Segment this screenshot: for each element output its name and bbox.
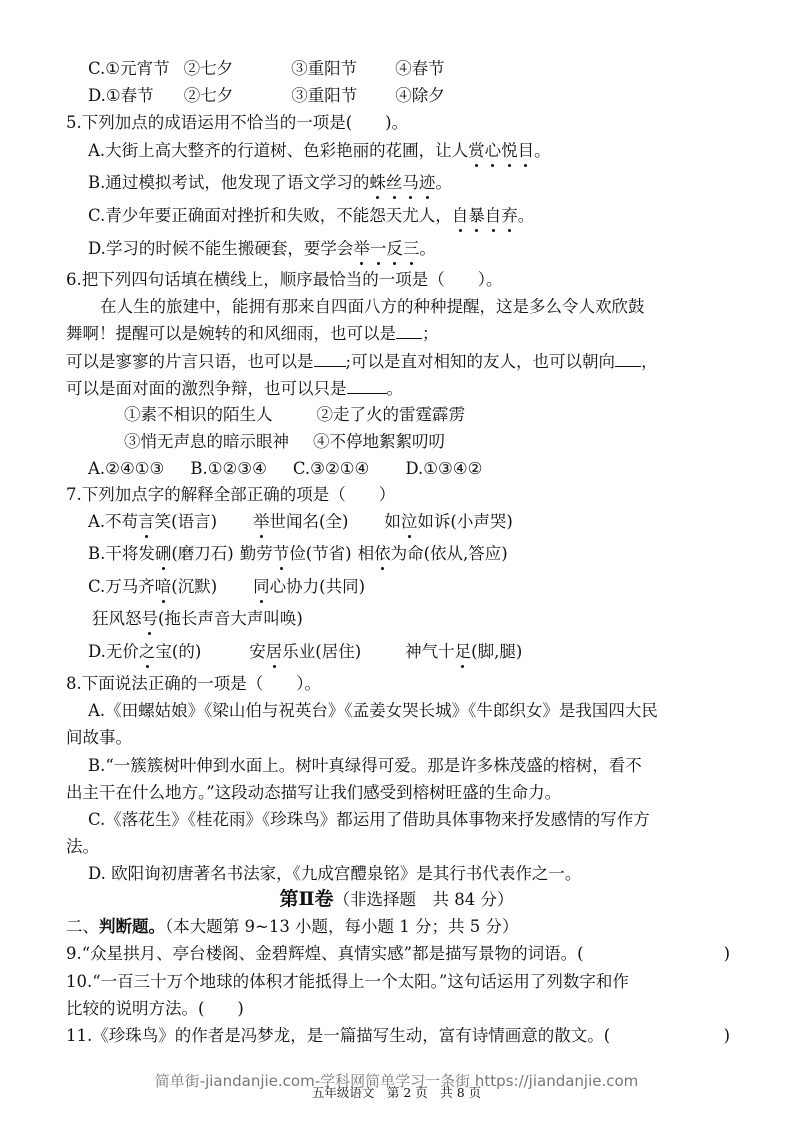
text: D.无价 xyxy=(88,642,139,661)
option-item: ②七夕 xyxy=(184,59,234,78)
q11: 11.《珍珠鸟》的作者是冯梦龙，是一篇描写生动，富有诗情画意的散文。() xyxy=(66,1025,730,1047)
dotted-char: 一 xyxy=(370,238,387,260)
option-item: ②七夕 xyxy=(184,86,234,105)
dotted-char: 号 xyxy=(142,608,159,630)
q5-option-b: B.通过模拟考试，他发现了语文学习的蛛丝马迹。 xyxy=(88,172,452,194)
option-item: ④春节 xyxy=(395,59,445,78)
text: 俭(节省) xyxy=(289,544,351,563)
dotted-char: 自 xyxy=(452,205,469,227)
option-text: 。 xyxy=(518,206,535,225)
dotted-char: 言 xyxy=(138,511,155,533)
dotted-char: 弃 xyxy=(501,205,518,227)
fill-blank xyxy=(314,351,346,367)
dotted-idiom: 举一反三 xyxy=(353,239,419,258)
part-number: 二、 xyxy=(66,917,99,936)
dotted-char: 迹 xyxy=(419,172,436,194)
part-title: 判断题。 xyxy=(99,917,165,936)
q6-stem: 6.把下列四句话填在横线上，顺序最恰当的一项是（ ）。 xyxy=(66,269,503,291)
dotted-char: 丝 xyxy=(386,172,403,194)
text: 笑(语言) xyxy=(155,512,217,531)
dotted-idiom: 自暴自弃 xyxy=(452,206,518,225)
q8-option-c: C.《落花生》《桂花雨》《珍珠鸟》都运用了借助具体事物来抒发感情的写作方 xyxy=(88,809,650,831)
dotted-char: 悦 xyxy=(501,140,518,162)
option-text: 。 xyxy=(534,141,551,160)
dotted-char: 之 xyxy=(139,641,156,663)
passage-text: 。 xyxy=(387,379,404,398)
dotted-char: 举 xyxy=(353,238,370,260)
option-text: B.通过模拟考试，他发现了语文学习的 xyxy=(88,173,369,192)
dotted-char: 泣 xyxy=(401,511,418,533)
sentence-choice: ①素不相识的陌生人 xyxy=(124,405,273,424)
option-item: ④除夕 xyxy=(395,86,445,105)
dotted-char: 反 xyxy=(386,238,403,260)
passage-text: 舞啊！提醒可以是婉转的和风细雨，也可以是 xyxy=(66,324,396,343)
text: 如诉(小声哭) xyxy=(417,512,512,531)
q8-stem: 8.下面说法正确的一项是（ ）。 xyxy=(66,673,321,695)
q7-option-b: B.干将发硎(磨刀石)勤劳节俭(节省)相依为命(依从,答应) xyxy=(88,543,508,565)
text: (沉默) xyxy=(171,577,217,596)
passage-text: 可以是面对面的激烈争辩，也可以只是 xyxy=(66,379,347,398)
dotted-char: 举 xyxy=(253,511,270,533)
dotted-char: 三 xyxy=(403,238,420,260)
passage-text: 可以是寥寥的片言只语，也可以是 xyxy=(66,352,314,371)
option-item: ①元宵节 xyxy=(105,59,169,78)
q4-option-d: D.①春节②七夕③重阳节④除夕 xyxy=(88,85,445,107)
dotted-char: 硎 xyxy=(155,543,172,565)
fill-blank xyxy=(347,378,387,394)
passage-text: ； xyxy=(422,324,439,343)
text: 世闻名(全) xyxy=(270,512,349,531)
q5-stem: 5.下列加点的成语运用不恰当的一项是( )。 xyxy=(66,112,408,134)
part-note: （本大题第 9~13 小题，每小题 1 分；共 5 分） xyxy=(165,917,519,936)
text: 乐业(居住) xyxy=(282,642,361,661)
q8-option-c-cont: 法。 xyxy=(66,836,99,858)
fill-blank xyxy=(396,323,422,339)
sentence-choice: ②走了火的雷霆霹雳 xyxy=(317,405,466,424)
text: 神气十 xyxy=(405,642,455,661)
q4-option-c: C.①元宵节②七夕③重阳节④春节 xyxy=(88,58,445,80)
option-label: C. xyxy=(88,59,105,78)
dotted-char: 同 xyxy=(253,576,270,598)
dotted-char: 节 xyxy=(273,543,290,565)
option-item: B.①②③④ xyxy=(190,459,267,478)
text: (磨刀石) xyxy=(171,544,233,563)
option-text: C.青少年要正确面对挫折和失败，不能怨天尤人， xyxy=(88,206,452,225)
q5-option-a: A.大街上高大整齐的行道树、色彩艳丽的花圃，让人赏心悦目。 xyxy=(88,140,551,162)
text: 狂风怒 xyxy=(92,609,142,628)
q7-option-c-cont: 狂风怒号(拖长声音大声叫唤) xyxy=(92,608,303,630)
passage-text: ;可以是直对相知的友人，也可以朝向 xyxy=(346,352,616,371)
q8-option-b-cont: 出主干在什么地方。”这段动态描写让我们感受到榕树旺盛的生命力。 xyxy=(66,782,561,804)
q7-option-d: D.无价之宝(的)安居乐业(居住)神气十足(脚,腿) xyxy=(88,641,522,663)
dotted-char: 心 xyxy=(485,140,502,162)
option-item: D.①③④② xyxy=(405,459,482,478)
q5-option-d: D.学习的时候不能生搬硬套，要学会举一反三。 xyxy=(88,238,436,260)
dotted-char: 居 xyxy=(266,641,283,663)
q7-option-c: C.万马齐喑(沉默)同心协力(共同) xyxy=(88,576,365,598)
text: A.不苟 xyxy=(88,512,138,531)
section-subtitle: （非选择题 共 84 分） xyxy=(334,890,514,909)
dotted-char: 依 xyxy=(374,543,391,565)
text: 为命(依从,答应) xyxy=(391,544,508,563)
question-text: 9.“众星拱月、亭台楼阁、金碧辉煌、真情实感”都是描写景物的词语。( xyxy=(66,944,584,963)
text: (脚,腿) xyxy=(471,642,522,661)
text: (拖长声音大声叫唤) xyxy=(158,609,303,628)
q8-option-b: B.“一簇簇树叶伸到水面上。树叶真绿得可爱。那是许多株茂盛的榕树，看不 xyxy=(88,755,642,777)
dotted-idiom: 蛛丝马迹 xyxy=(369,173,435,192)
option-item: A.②④①③ xyxy=(88,459,164,478)
section-title: 第Ⅱ卷（非选择题 共 84 分） xyxy=(0,888,793,911)
dotted-char: 暴 xyxy=(468,205,485,227)
question-text: 11.《珍珠鸟》的作者是冯梦龙，是一篇描写生动，富有诗情画意的散文。( xyxy=(66,1026,610,1045)
q10-cont: 比较的说明方法。( ) xyxy=(66,998,244,1020)
text: 宝(的) xyxy=(155,642,201,661)
fill-blank xyxy=(615,351,641,367)
q8-option-a-cont: 间故事。 xyxy=(66,727,132,749)
q6-options: A.②④①③B.①②③④C.③②①④D.①③④② xyxy=(88,458,482,480)
dotted-char: 马 xyxy=(402,172,419,194)
q9: 9.“众星拱月、亭台楼阁、金碧辉煌、真情实感”都是描写景物的词语。() xyxy=(66,943,730,965)
dotted-char: 喑 xyxy=(155,576,172,598)
sentence-choice: ④不停地絮絮叨叨 xyxy=(313,432,445,451)
option-item: ③重阳节 xyxy=(291,86,357,105)
answer-paren-close: ) xyxy=(724,943,730,965)
option-item: ③重阳节 xyxy=(291,59,357,78)
q6-passage-line: 可以是寥寥的片言只语，也可以是;可以是直对相知的友人，也可以朝向， xyxy=(66,351,658,373)
section-heading: 第Ⅱ卷 xyxy=(279,888,333,910)
option-label: D. xyxy=(88,86,106,105)
option-item: ①春节 xyxy=(106,86,154,105)
sentence-choice: ③悄无声息的暗示眼神 xyxy=(124,432,289,451)
passage-text: ， xyxy=(641,352,658,371)
dotted-char: 自 xyxy=(485,205,502,227)
q7-stem: 7.下列加点字的解释全部正确的项是（ ） xyxy=(66,484,395,506)
q6-passage-line: 舞啊！提醒可以是婉转的和风细雨，也可以是； xyxy=(66,323,439,345)
answer-paren-close: ) xyxy=(724,1025,730,1047)
option-item: C.③②①④ xyxy=(293,459,369,478)
q6-passage-line: 在人生的旅建中，能拥有那来自四面八方的种种提醒，这是多么令人欢欣鼓 xyxy=(100,296,645,318)
text: 安 xyxy=(249,642,266,661)
q7-option-a: A.不苟言笑(语言)举世闻名(全)如泣如诉(小声哭) xyxy=(88,511,513,533)
dotted-char: 足 xyxy=(455,641,472,663)
text: C.万马齐 xyxy=(88,577,155,596)
q6-sentences-row: ③悄无声息的暗示眼神④不停地絮絮叨叨 xyxy=(124,431,445,453)
option-text: 。 xyxy=(419,239,436,258)
q8-option-d: D. 欧阳询初唐著名书法家，《九成宫醴泉铭》是其行书代表作之一。 xyxy=(88,863,581,885)
dotted-idiom: 赏心悦目 xyxy=(468,141,534,160)
q10: 10.“一百三十万个地球的体积才能抵得上一个太阳。”这句话运用了列数字和作 xyxy=(66,971,629,993)
text: B.干将发 xyxy=(88,544,155,563)
page-footer: 五年级语文 第 2 页 共 8 页 xyxy=(0,1083,793,1101)
dotted-char: 赏 xyxy=(468,140,485,162)
option-text: D.学习的时候不能生搬硬套，要学会 xyxy=(88,239,353,258)
q8-option-a: A.《田螺姑娘》《梁山伯与祝英台》《孟姜女哭长城》《牛郎织女》是我国四大民 xyxy=(88,700,658,722)
dotted-char: 蛛 xyxy=(369,172,386,194)
q6-passage-line: 可以是面对面的激烈争辩，也可以只是。 xyxy=(66,378,403,400)
text: 勤劳 xyxy=(240,544,273,563)
part-heading: 二、判断题。（本大题第 9~13 小题，每小题 1 分；共 5 分） xyxy=(66,916,519,938)
dotted-char: 目 xyxy=(518,140,535,162)
option-text: A.大街上高大整齐的行道树、色彩艳丽的花圃，让人 xyxy=(88,141,468,160)
text: 心协力(共同) xyxy=(270,577,365,596)
q6-sentences-row: ①素不相识的陌生人②走了火的雷霆霹雳 xyxy=(124,404,465,426)
text: 相 xyxy=(358,544,375,563)
q5-option-c: C.青少年要正确面对挫折和失败，不能怨天尤人，自暴自弃。 xyxy=(88,205,534,227)
option-text: 。 xyxy=(435,173,452,192)
text: 如 xyxy=(384,512,401,531)
